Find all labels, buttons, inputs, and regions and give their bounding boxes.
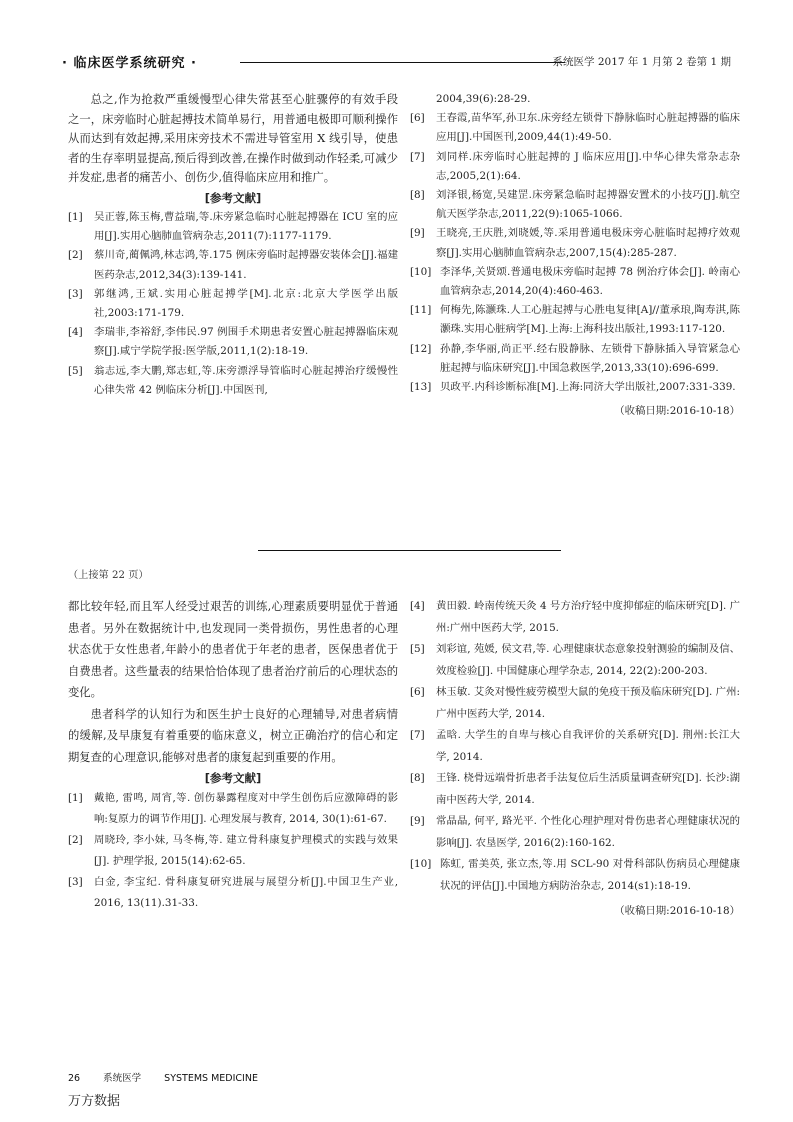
page-number: 26 bbox=[68, 1073, 80, 1084]
reference-item: [8]刘泽银,杨宽,吴建罡.床旁紧急临时起搏器安置术的小技巧[J].航空航天医学… bbox=[410, 186, 740, 224]
reference-item: [6]林玉敏. 艾灸对慢性疲劳模型大鼠的免疫干预及临床研究[D]. 广州:广州中… bbox=[410, 682, 740, 725]
reference-item: [1]吴正蓉,陈玉梅,曹益瑞,等.床旁紧急临时心脏起搏器在 ICU 室的应用[J… bbox=[68, 208, 398, 246]
article1-left-column: 总之,作为抢救严重缓慢型心律失常甚至心脏骤停的有效手段之一，床旁临时心脏起搏技术… bbox=[68, 90, 398, 400]
reference-item: [4]黄田毅. 岭南传统天灸 4 号方治疗轻中度抑郁症的临床研究[D]. 广州:… bbox=[410, 596, 740, 639]
reference-item: [5]刘彩谊, 苑媛, 侯文君,等. 心理健康状态意象投射测验的编制及信、效度检… bbox=[410, 639, 740, 682]
reference-item: [1]戴艳, 雷鸣, 周宵,等. 创伤暴露程度对中学生创伤后应激障碍的影响:复原… bbox=[68, 788, 398, 830]
reference-item: [6]王春霞,苗华军,孙卫东.床旁经左锁骨下静脉临时心脏起搏器的临床应用[J].… bbox=[410, 109, 740, 147]
article2-right-column: [4]黄田毅. 岭南传统天灸 4 号方治疗轻中度抑郁症的临床研究[D]. 广州:… bbox=[410, 596, 740, 921]
references-heading: [参考文献] bbox=[68, 768, 398, 788]
received-date: （收稿日期:2016-10-18） bbox=[410, 901, 740, 921]
conclusion-paragraph: 总之,作为抢救严重缓慢型心律失常甚至心脏骤停的有效手段之一，床旁临时心脏起搏技术… bbox=[68, 90, 398, 188]
reference-item: [13]贝政平.内科诊断标准[M].上海:同济大学出版社,2007:331-33… bbox=[410, 378, 740, 397]
reference-item: [4]李瑞非,李裕舒,李伟民.97 例围手术期患者安置心脏起搏器临床观察[J].… bbox=[68, 323, 398, 361]
reference-item: [3]郭继鸿,王斌.实用心脏起搏学[M].北京:北京大学医学出版社,2003:1… bbox=[68, 285, 398, 323]
references-heading: [参考文献] bbox=[68, 188, 398, 208]
reference-item: [8]王锋. 桡骨远端骨折患者手法复位后生活质量调查研究[D]. 长沙:湖南中医… bbox=[410, 768, 740, 811]
body-paragraph: 都比较年轻,而且军人经受过艰苦的训练,心理素质要明显优于普通患者。另外在数据统计… bbox=[68, 596, 398, 704]
section-title: · 临床医学系统研究 · bbox=[62, 52, 197, 71]
body-paragraph: 患者科学的认知行为和医生护士良好的心理辅导,对患者病情的缓解,及早康复有着重要的… bbox=[68, 704, 398, 769]
reference-item: [2]蔡川奇,蔺佩鸿,林志鸿,等.175 例床旁临时起搏器安装体会[J].福建医… bbox=[68, 246, 398, 284]
reference-item: [3]白金, 李宝纪. 骨科康复研究进展与展望分析[J].中国卫生产业, 201… bbox=[68, 872, 398, 914]
wanfang-watermark: 万方数据 bbox=[68, 1090, 120, 1109]
reference-item: [2]周晓玲, 李小妹, 马冬梅,等. 建立骨科康复护理模式的实践与效果[J].… bbox=[68, 830, 398, 872]
header-rule bbox=[240, 62, 565, 63]
reference-item: [10]李泽华,关贤颂.普通电极床旁临时起搏 78 例治疗体会[J]. 岭南心血… bbox=[410, 263, 740, 301]
page-footer: 26 系统医学 SYSTEMS MEDICINE bbox=[68, 1070, 278, 1084]
journal-issue: 系统医学 2017 年 1 月第 2 卷第 1 期 bbox=[553, 54, 731, 69]
reference-item: [9]常晶晶, 何平, 路光平. 个性化心理护理对骨伤患者心理健康状况的影响[J… bbox=[410, 811, 740, 854]
article1-right-column: 2004,39(6):28-29. [6]王春霞,苗华军,孙卫东.床旁经左锁骨下… bbox=[410, 90, 740, 421]
reference-item: [12]孙静,李华丽,尚正平.经右股静脉、左锁骨下静脉插入导管紧急心脏起搏与临床… bbox=[410, 340, 740, 378]
reference-item: [5]翁志远,李大鹏,郑志虹,等.床旁漂浮导管临时心脏起搏治疗缓慢性心律失常 4… bbox=[68, 362, 398, 400]
reference-item: [9]王晓亮,王庆胜,刘晓媛,等.采用普通电极床旁心脏临时起搏疗效观察[J].实… bbox=[410, 224, 740, 262]
footer-journal-cn: 系统医学 bbox=[103, 1073, 141, 1084]
footer-journal-en: SYSTEMS MEDICINE bbox=[164, 1073, 258, 1084]
reference-item: [11]何梅先,陈灏珠.人工心脏起搏与心胜电复律[A]//董承琅,陶寿淇,陈灏珠… bbox=[410, 301, 740, 339]
running-header: · 临床医学系统研究 · 系统医学 2017 年 1 月第 2 卷第 1 期 bbox=[62, 50, 731, 72]
reference-item: [7]孟晗. 大学生的自卑与核心自我评价的关系研究[D]. 荆州:长江大学, 2… bbox=[410, 725, 740, 768]
reference-item: [10]陈虹, 雷美英, 张立杰,等.用 SCL-90 对骨科部队伤病员心理健康… bbox=[410, 854, 740, 897]
received-date: （收稿日期:2016-10-18） bbox=[410, 401, 740, 421]
section-divider bbox=[258, 550, 561, 551]
article2-left-column: 都比较年轻,而且军人经受过艰苦的训练,心理素质要明显优于普通患者。另外在数据统计… bbox=[68, 596, 398, 914]
reference-continuation: 2004,39(6):28-29. bbox=[410, 90, 740, 109]
reference-item: [7]刘同样.床旁临时心脏起搏的 J 临床应用[J].中华心律失常杂志杂志,20… bbox=[410, 148, 740, 186]
continued-from-note: （上接第 22 页） bbox=[68, 566, 149, 581]
